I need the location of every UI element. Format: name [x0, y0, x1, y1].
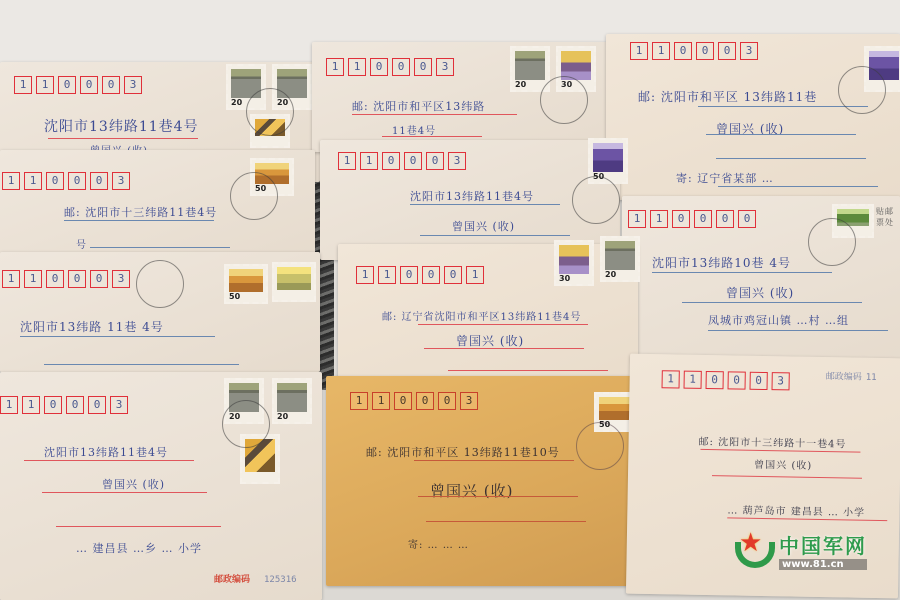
recipient-line: 曾国兴 (收): [754, 456, 812, 472]
address-line: 邮: 辽宁省沈阳市和平区13纬路11巷4号: [382, 308, 581, 323]
zip-digit: 1: [14, 76, 32, 94]
zip-digit: 1: [36, 76, 54, 94]
postmark: [572, 176, 620, 224]
zip-digit: 0: [102, 76, 120, 94]
recipient-line: 曾国兴 (收): [102, 476, 165, 492]
recipient-line: 曾国兴 (收): [452, 218, 515, 234]
zip-code-boxes: 110003: [662, 370, 790, 390]
zip-code-boxes: 110003: [14, 76, 142, 94]
envelope-mid-right: 110000 沈阳市13纬路10巷 4号 曾国兴 (收) 凤城市鸡冠山镇 …村 …: [622, 196, 900, 366]
postmark: [576, 422, 624, 470]
sender-line: 寄: … … …: [408, 536, 469, 551]
address-line: 邮: 沈阳市和平区 13纬路11巷10号: [366, 444, 560, 460]
envelope-mid-left-1: 110003 邮: 沈阳市十三纬路11巷4号 号 50: [0, 150, 315, 260]
postmark: [808, 218, 856, 266]
recipient-line: 曾国兴 (收): [430, 480, 513, 501]
recipient-line: 曾国兴 (收): [456, 332, 524, 349]
zip-digit: 3: [124, 76, 142, 94]
address-line: 邮: 沈阳市和平区 13纬路11巷: [638, 88, 817, 105]
address-line: 邮: 沈阳市和平区13纬路: [352, 98, 485, 114]
stamp: 20: [272, 378, 312, 424]
zip-code-boxes: 110000: [628, 210, 756, 228]
zip-code-boxes: 110003: [338, 152, 466, 170]
address-line: 沈阳市13纬路11巷4号: [44, 116, 199, 136]
stamp-area-label: 贴邮票处: [876, 206, 896, 228]
zip-code-boxes: 110003: [2, 172, 130, 190]
zip-code-boxes: 110003: [0, 396, 128, 414]
envelope-bottom-middle-kraft: 110003 邮: 沈阳市和平区 13纬路11巷10号 曾国兴 (收) 寄: ……: [326, 376, 636, 586]
postmark: [222, 400, 270, 448]
stamp: 50: [224, 264, 268, 304]
address-line: 沈阳市13纬路11巷4号: [410, 188, 534, 204]
army-star-icon: ★: [735, 530, 775, 570]
sender-line: … 葫芦岛市 建昌县 … 小学: [727, 501, 865, 518]
stamp: [272, 262, 316, 302]
postmark: [540, 76, 588, 124]
envelope-mid-left-2: 110003 沈阳市13纬路 11巷 4号 50: [0, 252, 320, 372]
postal-code-label: 邮政编码125316: [214, 572, 297, 585]
zip-code-boxes: 110003: [630, 42, 758, 60]
address-line: 沈阳市13纬路10巷 4号: [652, 254, 791, 271]
recipient-line: 曾国兴 (收): [726, 284, 794, 301]
address-line: 沈阳市13纬路 11巷 4号: [20, 318, 164, 335]
sender-line: 凤城市鸡冠山镇 …村 …组: [708, 312, 849, 328]
zip-code-boxes: 110001: [356, 266, 484, 284]
envelope-bottom-left: 110003 沈阳市13纬路11巷4号 曾国兴 (收) … 建昌县 …乡 … 小…: [0, 372, 322, 600]
address-line: 11巷4号: [392, 122, 436, 137]
watermark-logo: ★ 中国军网 www.81.cn: [735, 530, 867, 570]
postmark: [838, 66, 886, 114]
watermark-url: www.81.cn: [779, 559, 867, 570]
envelopes-photo: 110003 沈阳市13纬路11巷4号 曾国兴 (收) 20 20 110003…: [0, 0, 900, 600]
zip-digit: 0: [58, 76, 76, 94]
watermark-name: 中国军网: [779, 530, 867, 559]
postmark: [230, 172, 278, 220]
postal-code-label: 邮政编码11: [826, 369, 877, 383]
postmark: [136, 260, 184, 308]
address-line: 邮: 沈阳市十三纬路11巷4号: [64, 204, 217, 220]
zip-digit: 0: [80, 76, 98, 94]
address-line: 沈阳市13纬路11巷4号: [44, 444, 168, 460]
stamp: 30: [554, 240, 594, 286]
envelope-top-right: 110003 邮: 沈阳市和平区 13纬路11巷 曾国兴 (收) 寄: 辽宁省某…: [606, 34, 900, 200]
zip-code-boxes: 110003: [326, 58, 454, 76]
envelope-mid-middle-2: 110001 邮: 辽宁省沈阳市和平区13纬路11巷4号 曾国兴 (收) 30 …: [338, 244, 638, 384]
zip-code-boxes: 110003: [350, 392, 478, 410]
postmark: [246, 88, 294, 136]
address-line: 号: [76, 236, 87, 251]
zip-code-boxes: 110003: [2, 270, 130, 288]
stamp: 20: [600, 236, 640, 282]
sender-line: 寄: 辽宁省某部 …: [676, 170, 774, 186]
address-line: 邮: 沈阳市十三纬路十一巷4号: [698, 433, 846, 451]
sender-line: … 建昌县 …乡 … 小学: [76, 540, 202, 556]
envelope-top-middle: 110003 邮: 沈阳市和平区13纬路 11巷4号 20 30: [312, 42, 608, 152]
